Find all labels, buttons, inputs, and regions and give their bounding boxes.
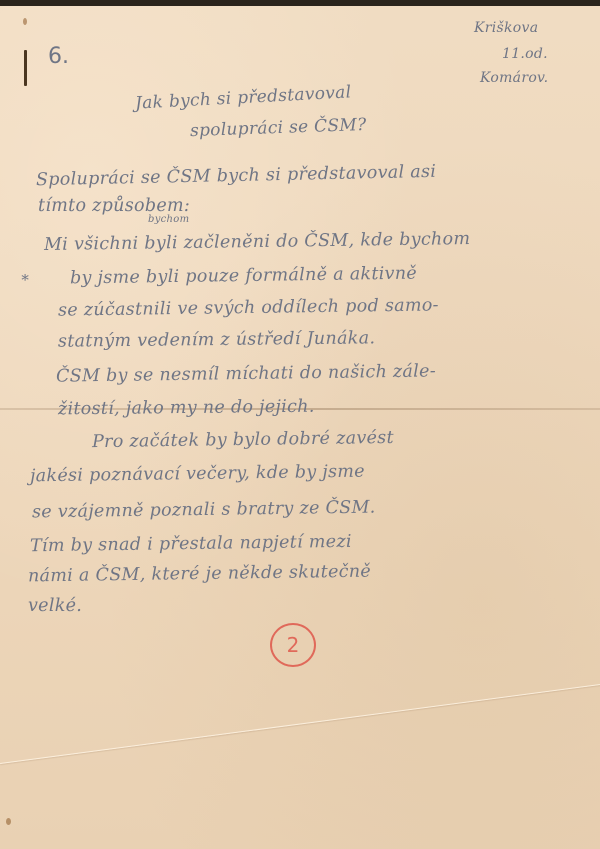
body-line: tímto způsobem:: [38, 196, 190, 216]
document-page: 6. Kriškova 11.od. Komárov. Jak bych si …: [0, 6, 600, 849]
stain: [23, 18, 27, 25]
body-line: Mi všichni byli začleněni do ČSM, kde by…: [44, 229, 471, 255]
stain: [6, 818, 11, 825]
sender-line-1: Kriškova: [474, 20, 538, 36]
stamp-label: 2: [287, 633, 300, 657]
sender-line-2: 11.od.: [502, 46, 548, 62]
title-line-1: Jak bych si představoval: [135, 82, 352, 113]
title-line-2: spolupráci se ČSM?: [190, 115, 367, 141]
fold-crease-diagonal: [0, 682, 600, 764]
body-line: velké.: [28, 596, 82, 616]
body-line: jakési poznávací večery, kde by jsme: [30, 462, 365, 487]
sender-line-3: Komárov.: [480, 70, 548, 86]
body-line: žitostí, jako my ne do jejich.: [58, 397, 315, 420]
body-line: se vzájemně poznali s bratry ze ČSM.: [32, 498, 376, 523]
body-line: se zúčastnili ve svých oddílech pod samo…: [58, 295, 439, 320]
body-line: Spolupráci se ČSM bych si představoval a…: [36, 162, 437, 190]
body-line: ČSM by se nesmíl míchati do našich zále-: [56, 361, 436, 386]
binding-mark: [24, 50, 27, 86]
body-line: Pro začátek by bylo dobré zavést: [92, 428, 394, 452]
body-line: by jsme byli pouze formálně a aktivně: [70, 264, 417, 289]
margin-mark: ∗: [20, 268, 31, 286]
insertion-note: bychom: [148, 214, 189, 225]
body-line: námi a ČSM, které je někde skutečně: [28, 562, 371, 587]
body-line: Tím by snad i přestala napjetí mezi: [30, 532, 352, 556]
page-stamp: 2: [270, 623, 316, 667]
page-number: 6.: [48, 44, 69, 69]
body-line: statným vedením z ústředí Junáka.: [58, 328, 375, 351]
